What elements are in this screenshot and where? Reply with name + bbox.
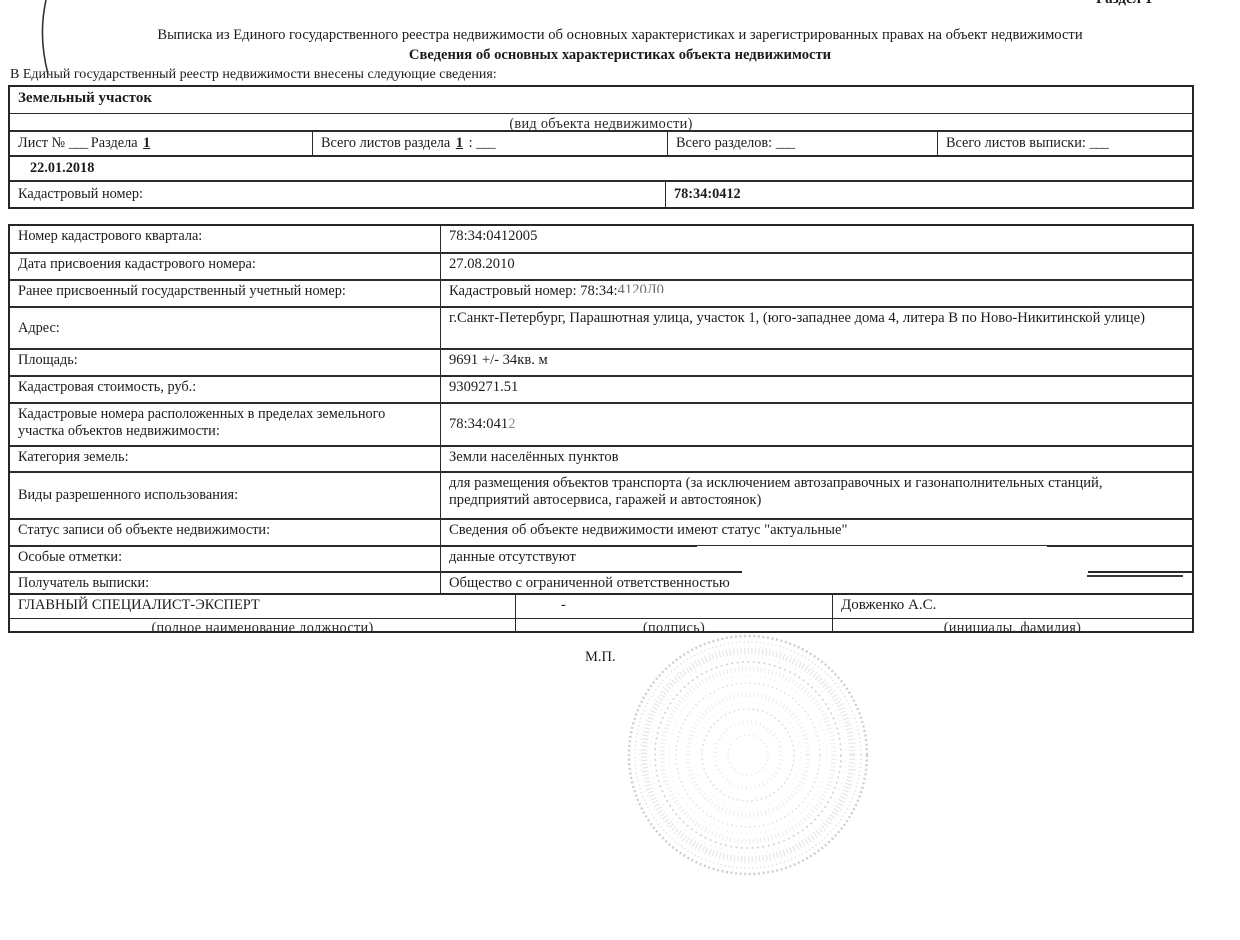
signature-captions-row: (полное наименование должности) (подпись… [10, 618, 1192, 631]
table-row: Кадастровые номера расположенных в преде… [10, 402, 1192, 445]
redaction-box [742, 558, 1088, 589]
date-row: 22.01.2018 [10, 155, 1192, 180]
row-value: 9309271.51 [440, 377, 1192, 402]
signature-mark: - [515, 595, 832, 618]
colon: : [469, 135, 473, 151]
total-sheets-section-number: 1 [454, 135, 465, 151]
row-label: Площадь: [10, 350, 440, 375]
table-row: Категория земель: Земли населённых пункт… [10, 445, 1192, 471]
section-number: 1 [141, 135, 152, 151]
table-row: Номер кадастрового квартала: 78:34:04120… [10, 226, 1192, 252]
row-label: Особые отметки: [10, 547, 440, 571]
object-type-caption-row: (вид объекта недвижимости) [10, 113, 1192, 130]
total-sections-blank: ___ [776, 135, 794, 151]
table-row: Площадь: 9691 +/- 34кв. м [10, 348, 1192, 375]
section-label: Раздел 1 [1096, 0, 1152, 8]
total-sheets-section-cell: Всего листов раздела 1 : ___ [312, 132, 667, 155]
total-sheets-blank: ___ [476, 135, 494, 151]
row-label: Кадастровые номера расположенных в преде… [10, 404, 440, 445]
row-label: Кадастровая стоимость, руб.: [10, 377, 440, 402]
intro-text: В Единый государственный реестр недвижим… [10, 67, 497, 83]
sheet-blank: ___ [69, 135, 87, 151]
document-title-line2: Сведения об основных характеристиках объ… [0, 47, 1240, 64]
total-sections-cell: Всего разделов: ___ [667, 132, 937, 155]
row-value: 78:34:0412005 [440, 226, 1192, 252]
row-value-erased: 2 [508, 416, 515, 433]
stamp-place-label: М.П. [585, 649, 616, 666]
table-row: Виды разрешенного использования: для раз… [10, 471, 1192, 518]
row-value: Сведения об объекте недвижимости имеют с… [440, 520, 1192, 545]
row-label: Дата присвоения кадастрового номера: [10, 254, 440, 279]
row-value: Земли населённых пунктов [440, 447, 1192, 471]
object-type-caption: (вид объекта недвижимости) [10, 114, 1192, 130]
total-sheets-section-label: Всего листов раздела [321, 135, 450, 151]
row-value-text: 78:34:041 [449, 416, 508, 433]
table-row: Дата присвоения кадастрового номера: 27.… [10, 252, 1192, 279]
sheet-label: Лист № [18, 135, 65, 151]
row-label: Категория земель: [10, 447, 440, 471]
row-value: для размещения объектов транспорта (за и… [440, 473, 1192, 518]
round-stamp [620, 630, 876, 878]
extract-date: 22.01.2018 [10, 157, 102, 180]
row-value: 78:34:0412 [440, 404, 1192, 445]
position-caption: (полное наименование должности) [10, 619, 515, 631]
object-header-table: Земельный участок (вид объекта недвижимо… [8, 85, 1194, 209]
table-row: Адрес: г.Санкт-Петербург, Парашютная ули… [10, 306, 1192, 348]
total-extract-sheets-blank: ___ [1089, 135, 1107, 151]
row-label: Адрес: [10, 308, 440, 348]
row-label: Номер кадастрового квартала: [10, 226, 440, 252]
document-page: Раздел 1 Выписка из Единого государствен… [0, 0, 1240, 940]
table-row: Кадастровая стоимость, руб.: 9309271.51 [10, 375, 1192, 402]
sheet-number-cell: Лист № ___ Раздела 1 [10, 132, 312, 155]
row-label: Статус записи об объекте недвижимости: [10, 520, 440, 545]
object-type-row: Земельный участок [10, 87, 1192, 113]
name-caption: (инициалы, фамилия) [832, 619, 1192, 631]
redaction-box [697, 546, 1047, 557]
row-label: Виды разрешенного использования: [10, 473, 440, 518]
row-value: 27.08.2010 [440, 254, 1192, 279]
signature-row: ГЛАВНЫЙ СПЕЦИАЛИСТ-ЭКСПЕРТ - Довженко А.… [10, 595, 1192, 618]
cadastral-number-value: 78:34:0412 [665, 182, 1192, 207]
sheet-info-row: Лист № ___ Раздела 1 Всего листов раздел… [10, 130, 1192, 155]
section-of-label: Раздела [91, 135, 138, 151]
document-title-line1: Выписка из Единого государственного реес… [0, 27, 1240, 44]
scan-line-fragment [1087, 575, 1183, 577]
total-sections-label: Всего разделов: [676, 135, 772, 151]
object-type: Земельный участок [10, 87, 160, 113]
total-extract-sheets-cell: Всего листов выписки: ___ [937, 132, 1192, 155]
official-position: ГЛАВНЫЙ СПЕЦИАЛИСТ-ЭКСПЕРТ [10, 595, 515, 618]
table-row: Статус записи об объекте недвижимости: С… [10, 518, 1192, 545]
redaction-box [767, 281, 1187, 301]
row-value: г.Санкт-Петербург, Парашютная улица, уча… [440, 308, 1192, 348]
cadastral-number-label: Кадастровый номер: [10, 182, 665, 207]
cadastral-number-row: Кадастровый номер: 78:34:0412 [10, 180, 1192, 207]
row-value: 9691 +/- 34кв. м [440, 350, 1192, 375]
signature-table: ГЛАВНЫЙ СПЕЦИАЛИСТ-ЭКСПЕРТ - Довженко А.… [8, 593, 1194, 633]
row-value-text: Кадастровый номер: 78:34: [449, 283, 618, 299]
total-extract-sheets-label: Всего листов выписки: [946, 135, 1086, 151]
row-label: Ранее присвоенный государственный учетны… [10, 281, 440, 306]
official-name: Довженко А.С. [832, 595, 1192, 618]
row-value-erased: 4120Л0 [618, 283, 664, 293]
